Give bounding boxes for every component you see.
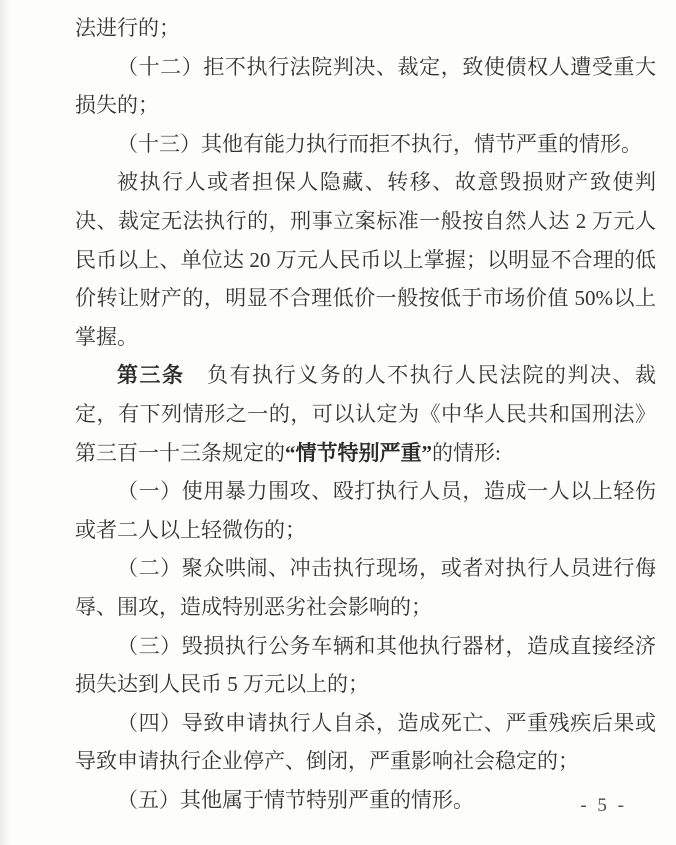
page-number: - 5 - — [580, 795, 627, 817]
document-paragraph: （五）其他属于情节特别严重的情形。 — [75, 781, 656, 820]
text-run: 被执行人或者担保人隐藏、转移、故意毁损财产致使判决、裁定无法执行的，刑事立案标准… — [75, 170, 656, 348]
text-run: （五）其他属于情节特别严重的情形。 — [117, 788, 474, 812]
document-paragraph: 法进行的； — [75, 9, 656, 48]
scan-edge-shading — [0, 0, 10, 845]
text-run: （三）毁损执行公务车辆和其他执行器材，造成直接经济损失达到人民币 5 万元以上的… — [75, 634, 656, 697]
text-run: （十二）拒不执行法院判决、裁定，致使债权人遭受重大损失的； — [75, 55, 656, 118]
text-run: （十三）其他有能力执行而拒不执行，情节严重的情形。 — [117, 132, 642, 156]
document-paragraph: （十二）拒不执行法院判决、裁定，致使债权人遭受重大损失的； — [75, 48, 656, 125]
document-paragraph: （一）使用暴力围攻、殴打执行人员，造成一人以上轻伤或者二人以上轻微伤的； — [75, 472, 656, 549]
document-paragraph: （十三）其他有能力执行而拒不执行，情节严重的情形。 — [75, 125, 656, 164]
bold-text-run: “情节特别严重” — [285, 441, 432, 465]
text-run: 的情形: — [432, 441, 501, 465]
text-run: （二）聚众哄闹、冲击执行现场，或者对执行人员进行侮辱、围攻，造成特别恶劣社会影响… — [75, 556, 656, 619]
scanned-document-page: 法进行的；（十二）拒不执行法院判决、裁定，致使债权人遭受重大损失的；（十三）其他… — [0, 0, 676, 845]
document-body: 法进行的；（十二）拒不执行法院判决、裁定，致使债权人遭受重大损失的；（十三）其他… — [75, 9, 656, 819]
bold-text-run: 第三条 — [117, 363, 185, 387]
document-paragraph: （三）毁损执行公务车辆和其他执行器材，造成直接经济损失达到人民币 5 万元以上的… — [75, 627, 656, 704]
document-paragraph: （二）聚众哄闹、冲击执行现场，或者对执行人员进行侮辱、围攻，造成特别恶劣社会影响… — [75, 549, 656, 626]
text-run: （四）导致申请执行人自杀，造成死亡、严重残疾后果或导致申请执行企业停产、倒闭，严… — [75, 711, 656, 774]
document-paragraph: （四）导致申请执行人自杀，造成死亡、严重残疾后果或导致申请执行企业停产、倒闭，严… — [75, 704, 656, 781]
text-run: （一）使用暴力围攻、殴打执行人员，造成一人以上轻伤或者二人以上轻微伤的； — [75, 479, 656, 542]
document-paragraph: 第三条 负有执行义务的人不执行人民法院的判决、裁定，有下列情形之一的，可以认定为… — [75, 356, 656, 472]
text-run: 法进行的； — [75, 16, 180, 40]
document-paragraph: 被执行人或者担保人隐藏、转移、故意毁损财产致使判决、裁定无法执行的，刑事立案标准… — [75, 163, 656, 356]
